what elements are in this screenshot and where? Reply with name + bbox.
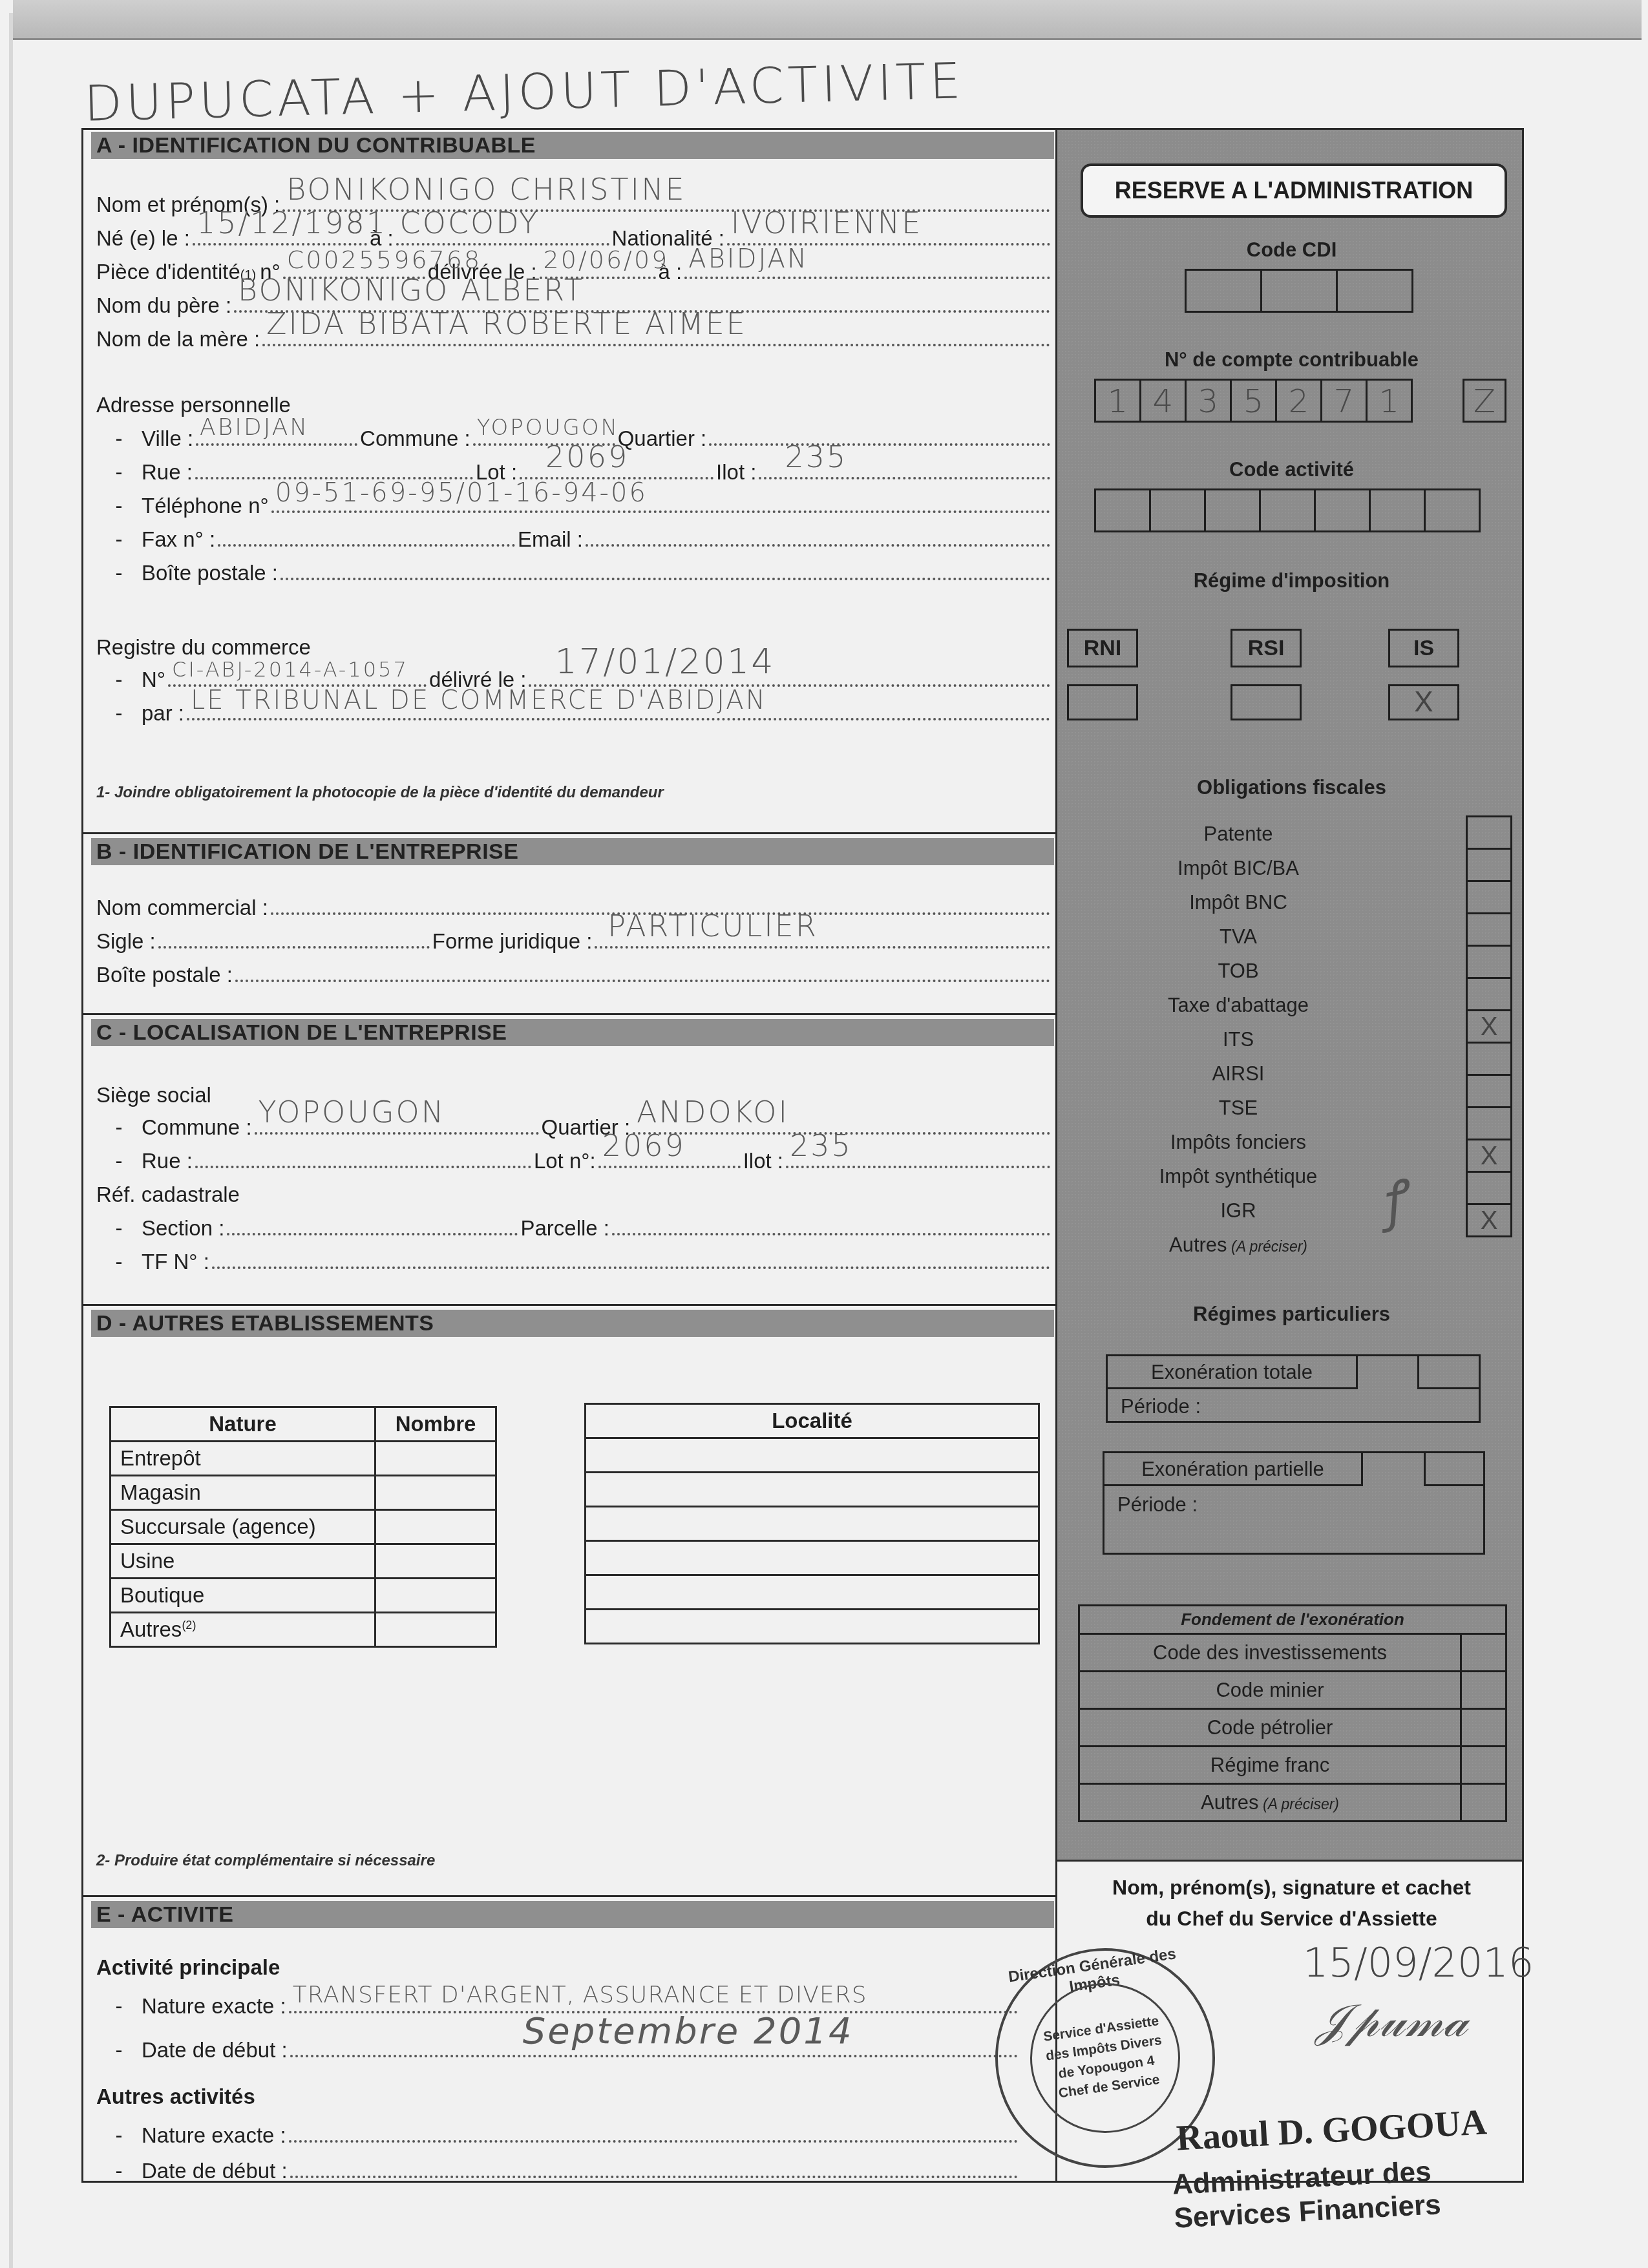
table-row: Code pétrolier xyxy=(1079,1709,1506,1747)
etablissements-nature-table: Nature Nombre EntrepôtMagasinSuccursale … xyxy=(109,1406,497,1648)
input-section[interactable] xyxy=(227,1230,518,1235)
handwritten-signature: 𝒥𝓅𝓊𝓂𝒶 xyxy=(1316,1994,1468,2048)
obligation-label: Impôt BIC/BA xyxy=(1057,857,1419,880)
compte-digit-cell[interactable]: 1 xyxy=(1094,379,1141,423)
label-forme-juridique: Forme juridique : xyxy=(432,929,593,954)
input-rc-par[interactable]: LE TRIBUNAL DE COMMERCE D'ABIDJAN xyxy=(187,715,1050,720)
nombre-cell[interactable] xyxy=(375,1544,496,1579)
code-activite-cell[interactable] xyxy=(1204,488,1261,532)
input-tf[interactable] xyxy=(212,1264,1050,1269)
field-nom-commercial: Nom commercial : xyxy=(96,896,1053,920)
exo-partielle-box: Exonération partielle Période : xyxy=(1103,1451,1485,1555)
input-forme-juridique[interactable]: PARTICULIER xyxy=(595,943,1050,949)
label-rue: Rue : xyxy=(142,460,193,485)
obligation-label: ITS xyxy=(1057,1028,1419,1051)
cadastre-title: Réf. cadastrale xyxy=(96,1182,240,1207)
obligation-label: AIRSI xyxy=(1057,1062,1419,1086)
fondement-label: Code minier xyxy=(1079,1672,1461,1709)
table-row xyxy=(586,1473,1039,1507)
code-cdi-cell[interactable] xyxy=(1260,269,1338,313)
table-row: Usine xyxy=(111,1544,496,1579)
section-e-header: E - ACTIVITE xyxy=(91,1901,1054,1928)
label-fax: Fax n° : xyxy=(142,527,215,552)
table-row: Entrepôt xyxy=(111,1442,496,1476)
fondement-header: Fondement de l'exonération xyxy=(1079,1606,1506,1634)
field-fax-email: - Fax n° : Email : xyxy=(96,527,1053,552)
label-telephone: Téléphone n° xyxy=(142,494,269,518)
input-autres-debut[interactable] xyxy=(290,2173,1018,2178)
label-pere: Nom du père : xyxy=(96,293,231,318)
code-cdi-label: Code CDI xyxy=(1057,238,1526,262)
footnote-2: 2- Produire état complémentaire si néces… xyxy=(96,1852,435,1870)
localite-cell[interactable] xyxy=(586,1541,1039,1575)
exo-partielle-checkbox[interactable] xyxy=(1424,1451,1485,1486)
table-row: Boutique xyxy=(111,1579,496,1613)
label-ilot: Ilot : xyxy=(716,460,756,485)
obligation-checkbox[interactable] xyxy=(1466,977,1512,1011)
compte-digit-cell[interactable]: 5 xyxy=(1230,379,1277,423)
exo-totale-periode-label: Période : xyxy=(1121,1391,1201,1422)
input-sigle[interactable] xyxy=(158,943,430,949)
obligation-checkbox[interactable]: X xyxy=(1466,1009,1512,1044)
exo-partielle-label: Exonération partielle xyxy=(1103,1451,1363,1486)
fondement-checkbox[interactable] xyxy=(1461,1709,1506,1747)
autres-activites-title: Autres activités xyxy=(96,2084,255,2109)
field-bp: - Boîte postale : xyxy=(96,561,1053,585)
regime-checkbox-rsi[interactable] xyxy=(1231,684,1302,720)
input-ilot[interactable]: 235 xyxy=(759,474,1050,479)
label-tf: TF N° : xyxy=(142,1250,209,1274)
code-cdi-boxes xyxy=(1187,269,1413,313)
label-siege-rue: Rue : xyxy=(142,1149,193,1173)
fondement-table: Fondement de l'exonération Code des inve… xyxy=(1078,1604,1507,1822)
label-ville: Ville : xyxy=(142,426,193,451)
localite-cell[interactable] xyxy=(586,1507,1039,1541)
table-row: Succursale (agence) xyxy=(111,1510,496,1544)
section-d-header: D - AUTRES ETABLISSEMENTS xyxy=(91,1310,1054,1337)
input-mere[interactable]: ZIDA BIBATA ROBERTE AIMEE xyxy=(262,341,1050,346)
table-row: Code minier xyxy=(1079,1672,1506,1709)
code-activite-boxes xyxy=(1096,488,1481,532)
input-bp-entreprise[interactable] xyxy=(235,977,1050,982)
input-fax[interactable] xyxy=(218,541,515,547)
col-nombre: Nombre xyxy=(375,1407,496,1442)
obligation-checkbox[interactable] xyxy=(1466,912,1512,947)
nature-footnote: (2) xyxy=(182,1619,196,1632)
field-rc-par: - par : LE TRIBUNAL DE COMMERCE D'ABIDJA… xyxy=(96,701,1053,726)
field-mere: Nom de la mère : ZIDA BIBATA ROBERTE AIM… xyxy=(96,327,1053,352)
section-c: C - LOCALISATION DE L'ENTREPRISE Siège s… xyxy=(83,1013,1059,1304)
localite-cell[interactable] xyxy=(586,1610,1039,1644)
label-piece: Pièce d'identité xyxy=(96,260,240,284)
obligation-label: TVA xyxy=(1057,925,1419,949)
section-e: E - ACTIVITE Activité principale - Natur… xyxy=(83,1895,1059,2185)
section-c-header: C - LOCALISATION DE L'ENTREPRISE xyxy=(91,1019,1054,1046)
exo-totale-label: Exonération totale xyxy=(1106,1354,1358,1389)
localite-cell[interactable] xyxy=(586,1438,1039,1473)
table-row: Code des investissements xyxy=(1079,1634,1506,1672)
input-ne[interactable]: 15/12/1981 xyxy=(193,240,367,246)
fondement-label: Code des investissements xyxy=(1079,1634,1461,1672)
input-autres-nature[interactable] xyxy=(289,2137,1018,2143)
code-activite-cell[interactable] xyxy=(1149,488,1206,532)
regime-label: Régime d'imposition xyxy=(1057,569,1526,593)
nombre-cell[interactable] xyxy=(375,1613,496,1647)
nature-cell: Usine xyxy=(111,1544,375,1579)
section-a-header: A - IDENTIFICATION DU CONTRIBUABLE xyxy=(91,132,1054,159)
etablissements-localite-table: Localité xyxy=(584,1403,1040,1644)
obligation-label: Taxe d'abattage xyxy=(1057,994,1419,1017)
localite-cell[interactable] xyxy=(586,1473,1039,1507)
table-row xyxy=(586,1507,1039,1541)
field-siege-rue: - Rue : Lot n°: 2069 Ilot : 235 xyxy=(96,1149,1053,1173)
compte-key-box: Z xyxy=(1464,379,1506,423)
label-bp-entreprise: Boîte postale : xyxy=(96,963,233,987)
section-b: B - IDENTIFICATION DE L'ENTREPRISE Nom c… xyxy=(83,832,1059,1013)
nombre-cell[interactable] xyxy=(375,1510,496,1544)
compte-digit-cell[interactable]: 1 xyxy=(1366,379,1413,423)
regime-label-is: IS xyxy=(1388,629,1459,667)
compte-digit-cell[interactable]: 3 xyxy=(1185,379,1232,423)
obligation-label: Patente xyxy=(1057,823,1419,846)
regimes-particuliers-label: Régimes particuliers xyxy=(1057,1303,1526,1326)
label-email: Email : xyxy=(518,527,583,552)
obligation-checkbox[interactable] xyxy=(1466,815,1512,850)
nombre-cell[interactable] xyxy=(375,1476,496,1510)
input-siege-lot[interactable]: 2069 xyxy=(598,1163,741,1168)
label-autres-debut: Date de début : xyxy=(142,2159,288,2183)
obligation-note: (A préciser) xyxy=(1227,1238,1307,1255)
section-a: A - IDENTIFICATION DU CONTRIBUABLE Nom e… xyxy=(83,128,1059,832)
scan-top-band xyxy=(13,0,1642,40)
section-b-header: B - IDENTIFICATION DE L'ENTREPRISE xyxy=(91,838,1054,865)
obligation-checkbox[interactable]: X xyxy=(1466,1139,1512,1173)
code-activite-label: Code activité xyxy=(1057,458,1526,481)
label-ne: Né (e) le : xyxy=(96,226,190,251)
obligations-checkboxes: XXX xyxy=(1466,817,1512,1237)
input-parcelle[interactable] xyxy=(612,1230,1050,1235)
input-date-debut[interactable]: Septembre 2014 xyxy=(290,2052,1018,2057)
label-autres-nature: Nature exacte : xyxy=(142,2123,286,2148)
input-bp[interactable] xyxy=(280,575,1050,580)
field-sigle: Sigle : Forme juridique : PARTICULIER xyxy=(96,929,1053,954)
input-lieu-naissance[interactable]: COCODY xyxy=(396,240,609,246)
admin-title: RESERVE A L'ADMINISTRATION xyxy=(1081,163,1507,218)
label-nom-commercial: Nom commercial : xyxy=(96,896,268,920)
label-commune: Commune : xyxy=(360,426,470,451)
obligation-label: TOB xyxy=(1057,960,1419,983)
field-tf: - TF N° : xyxy=(96,1250,1053,1274)
fondement-label: Autres (A préciser) xyxy=(1079,1784,1461,1822)
nature-cell: Autres(2) xyxy=(111,1613,375,1647)
input-email[interactable] xyxy=(586,541,1050,547)
handwritten-annotation: DUPUCATA + AJOUT D'ACTIVITE xyxy=(83,52,965,132)
field-telephone: - Téléphone n° 09-51-69-95/01-16-94-06 xyxy=(96,494,1053,518)
obligation-checkbox[interactable] xyxy=(1466,1171,1512,1205)
officer-title: Administrateur des Services Financiers xyxy=(1172,2154,1442,2235)
nature-cell: Entrepôt xyxy=(111,1442,375,1476)
col-nature: Nature xyxy=(111,1407,375,1442)
nature-cell: Boutique xyxy=(111,1579,375,1613)
field-bp-entreprise: Boîte postale : xyxy=(96,963,1053,987)
code-cdi-cell[interactable] xyxy=(1336,269,1413,313)
label-section: Section : xyxy=(142,1216,224,1241)
field-siege-commune: - Commune : YOPOUGON Quartier : ANDOKOI xyxy=(96,1115,1053,1140)
footnote-1: 1- Joindre obligatoirement la photocopie… xyxy=(96,784,664,802)
field-autres-nature: - Nature exacte : xyxy=(96,2123,1020,2148)
obligation-checkbox[interactable] xyxy=(1466,945,1512,979)
field-section: - Section : Parcelle : xyxy=(96,1216,1053,1241)
obligation-label: Autres (A préciser) xyxy=(1057,1234,1419,1257)
table-row xyxy=(586,1575,1039,1610)
table-row: Régime franc xyxy=(1079,1747,1506,1784)
signature-label: Nom, prénom(s), signature et cachet du C… xyxy=(1057,1872,1526,1934)
code-activite-cell[interactable] xyxy=(1424,488,1481,532)
obligation-label: TSE xyxy=(1057,1097,1419,1120)
obligation-label: IGR xyxy=(1057,1199,1419,1223)
fondement-label: Code pétrolier xyxy=(1079,1709,1461,1747)
input-nom[interactable]: BONIKONIGO CHRISTINE xyxy=(282,207,1050,212)
label-date-debut: Date de début : xyxy=(142,2038,288,2063)
nombre-cell[interactable] xyxy=(375,1579,496,1613)
input-siege-rue[interactable] xyxy=(195,1163,531,1168)
table-row xyxy=(586,1610,1039,1644)
obligation-checkbox[interactable] xyxy=(1466,1042,1512,1076)
code-activite-cell[interactable] xyxy=(1259,488,1316,532)
input-siege-commune[interactable]: YOPOUGON xyxy=(255,1129,539,1135)
regime-label-rni: RNI xyxy=(1067,629,1138,667)
input-quartier[interactable] xyxy=(709,441,1050,446)
obligation-checkbox[interactable] xyxy=(1466,880,1512,914)
label-siege-commune: Commune : xyxy=(142,1115,252,1140)
signature-date: 15/09/2016 xyxy=(1303,1939,1534,1986)
label-nature-exacte: Nature exacte : xyxy=(142,1994,286,2019)
obligation-label: Impôt synthétique xyxy=(1057,1165,1419,1188)
table-row xyxy=(586,1438,1039,1473)
compte-contribuable-boxes: 1435271 xyxy=(1096,379,1413,423)
input-delivree-a[interactable]: ABIDJAN xyxy=(684,274,1050,279)
label-bp: Boîte postale : xyxy=(142,561,278,585)
label-quartier: Quartier : xyxy=(618,426,707,451)
label-parcelle: Parcelle : xyxy=(520,1216,609,1241)
col-localite: Localité xyxy=(586,1404,1039,1438)
siege-title: Siège social xyxy=(96,1083,211,1108)
form-left-column: A - IDENTIFICATION DU CONTRIBUABLE Nom e… xyxy=(81,128,1057,2183)
code-activite-cell[interactable] xyxy=(1314,488,1371,532)
table-row: Autres(2) xyxy=(111,1613,496,1647)
code-activite-cell[interactable] xyxy=(1369,488,1426,532)
table-row: Magasin xyxy=(111,1476,496,1510)
activite-principale-title: Activité principale xyxy=(96,1955,280,1980)
admin-reserved-column: RESERVE A L'ADMINISTRATION Code CDI N° d… xyxy=(1055,128,1524,1860)
exo-totale-checkbox[interactable] xyxy=(1417,1354,1481,1389)
fondement-checkbox[interactable] xyxy=(1461,1747,1506,1784)
exo-totale-box: Exonération totale Période : xyxy=(1106,1354,1481,1423)
compte-label: N° de compte contribuable xyxy=(1057,348,1526,372)
scan-left-edge xyxy=(9,13,13,2268)
label-mere: Nom de la mère : xyxy=(96,327,260,352)
code-cdi-cell[interactable] xyxy=(1185,269,1262,313)
regime-checkbox-is[interactable]: X xyxy=(1388,684,1459,720)
label-sigle: Sigle : xyxy=(96,929,156,954)
label-siege-lot: Lot n°: xyxy=(534,1149,596,1173)
signature-label-line1: Nom, prénom(s), signature et cachet xyxy=(1057,1872,1526,1903)
obligation-checkbox[interactable] xyxy=(1466,1106,1512,1140)
obligation-checkbox[interactable]: X xyxy=(1466,1203,1512,1237)
fondement-checkbox[interactable] xyxy=(1461,1634,1506,1672)
fondement-checkbox[interactable] xyxy=(1461,1784,1506,1822)
compte-digit-cell[interactable]: 4 xyxy=(1139,379,1187,423)
input-siege-ilot[interactable]: 235 xyxy=(786,1163,1050,1168)
compte-key-cell[interactable]: Z xyxy=(1463,379,1506,423)
code-activite-cell[interactable] xyxy=(1094,488,1151,532)
nombre-cell[interactable] xyxy=(375,1442,496,1476)
localite-cell[interactable] xyxy=(586,1575,1039,1610)
rc-title: Registre du commerce xyxy=(96,635,311,660)
compte-digit-cell[interactable]: 2 xyxy=(1275,379,1322,423)
regime-checkbox-rni[interactable] xyxy=(1067,684,1138,720)
field-autres-debut: - Date de début : xyxy=(96,2159,1020,2183)
input-ville[interactable]: ABIDJAN xyxy=(196,441,357,446)
fondement-label: Régime franc xyxy=(1079,1747,1461,1784)
obligation-label: Impôts fonciers xyxy=(1057,1131,1419,1154)
fondement-note: (A préciser) xyxy=(1259,1796,1339,1812)
input-telephone[interactable]: 09-51-69-95/01-16-94-06 xyxy=(271,508,1050,513)
fondement-checkbox[interactable] xyxy=(1461,1672,1506,1709)
label-rc-no: N° xyxy=(142,667,165,692)
label-rc-par: par : xyxy=(142,701,184,726)
signature-label-line2: du Chef du Service d'Assiette xyxy=(1057,1903,1526,1934)
nature-cell: Succursale (agence) xyxy=(111,1510,375,1544)
table-row xyxy=(586,1541,1039,1575)
section-d: D - AUTRES ETABLISSEMENTS Nature Nombre … xyxy=(83,1304,1059,1895)
compte-digit-cell[interactable]: 7 xyxy=(1320,379,1368,423)
regime-label-rsi: RSI xyxy=(1231,629,1302,667)
obligation-checkbox[interactable] xyxy=(1466,1074,1512,1108)
exo-partielle-periode-label: Période : xyxy=(1117,1489,1198,1520)
obligation-checkbox[interactable] xyxy=(1466,848,1512,882)
obligations-label: Obligations fiscales xyxy=(1057,776,1526,799)
nature-cell: Magasin xyxy=(111,1476,375,1510)
label-siege-ilot: Ilot : xyxy=(743,1149,783,1173)
obligation-label: Impôt BNC xyxy=(1057,891,1419,914)
field-date-debut: - Date de début : Septembre 2014 xyxy=(96,2038,1020,2063)
table-row: Autres (A préciser) xyxy=(1079,1784,1506,1822)
